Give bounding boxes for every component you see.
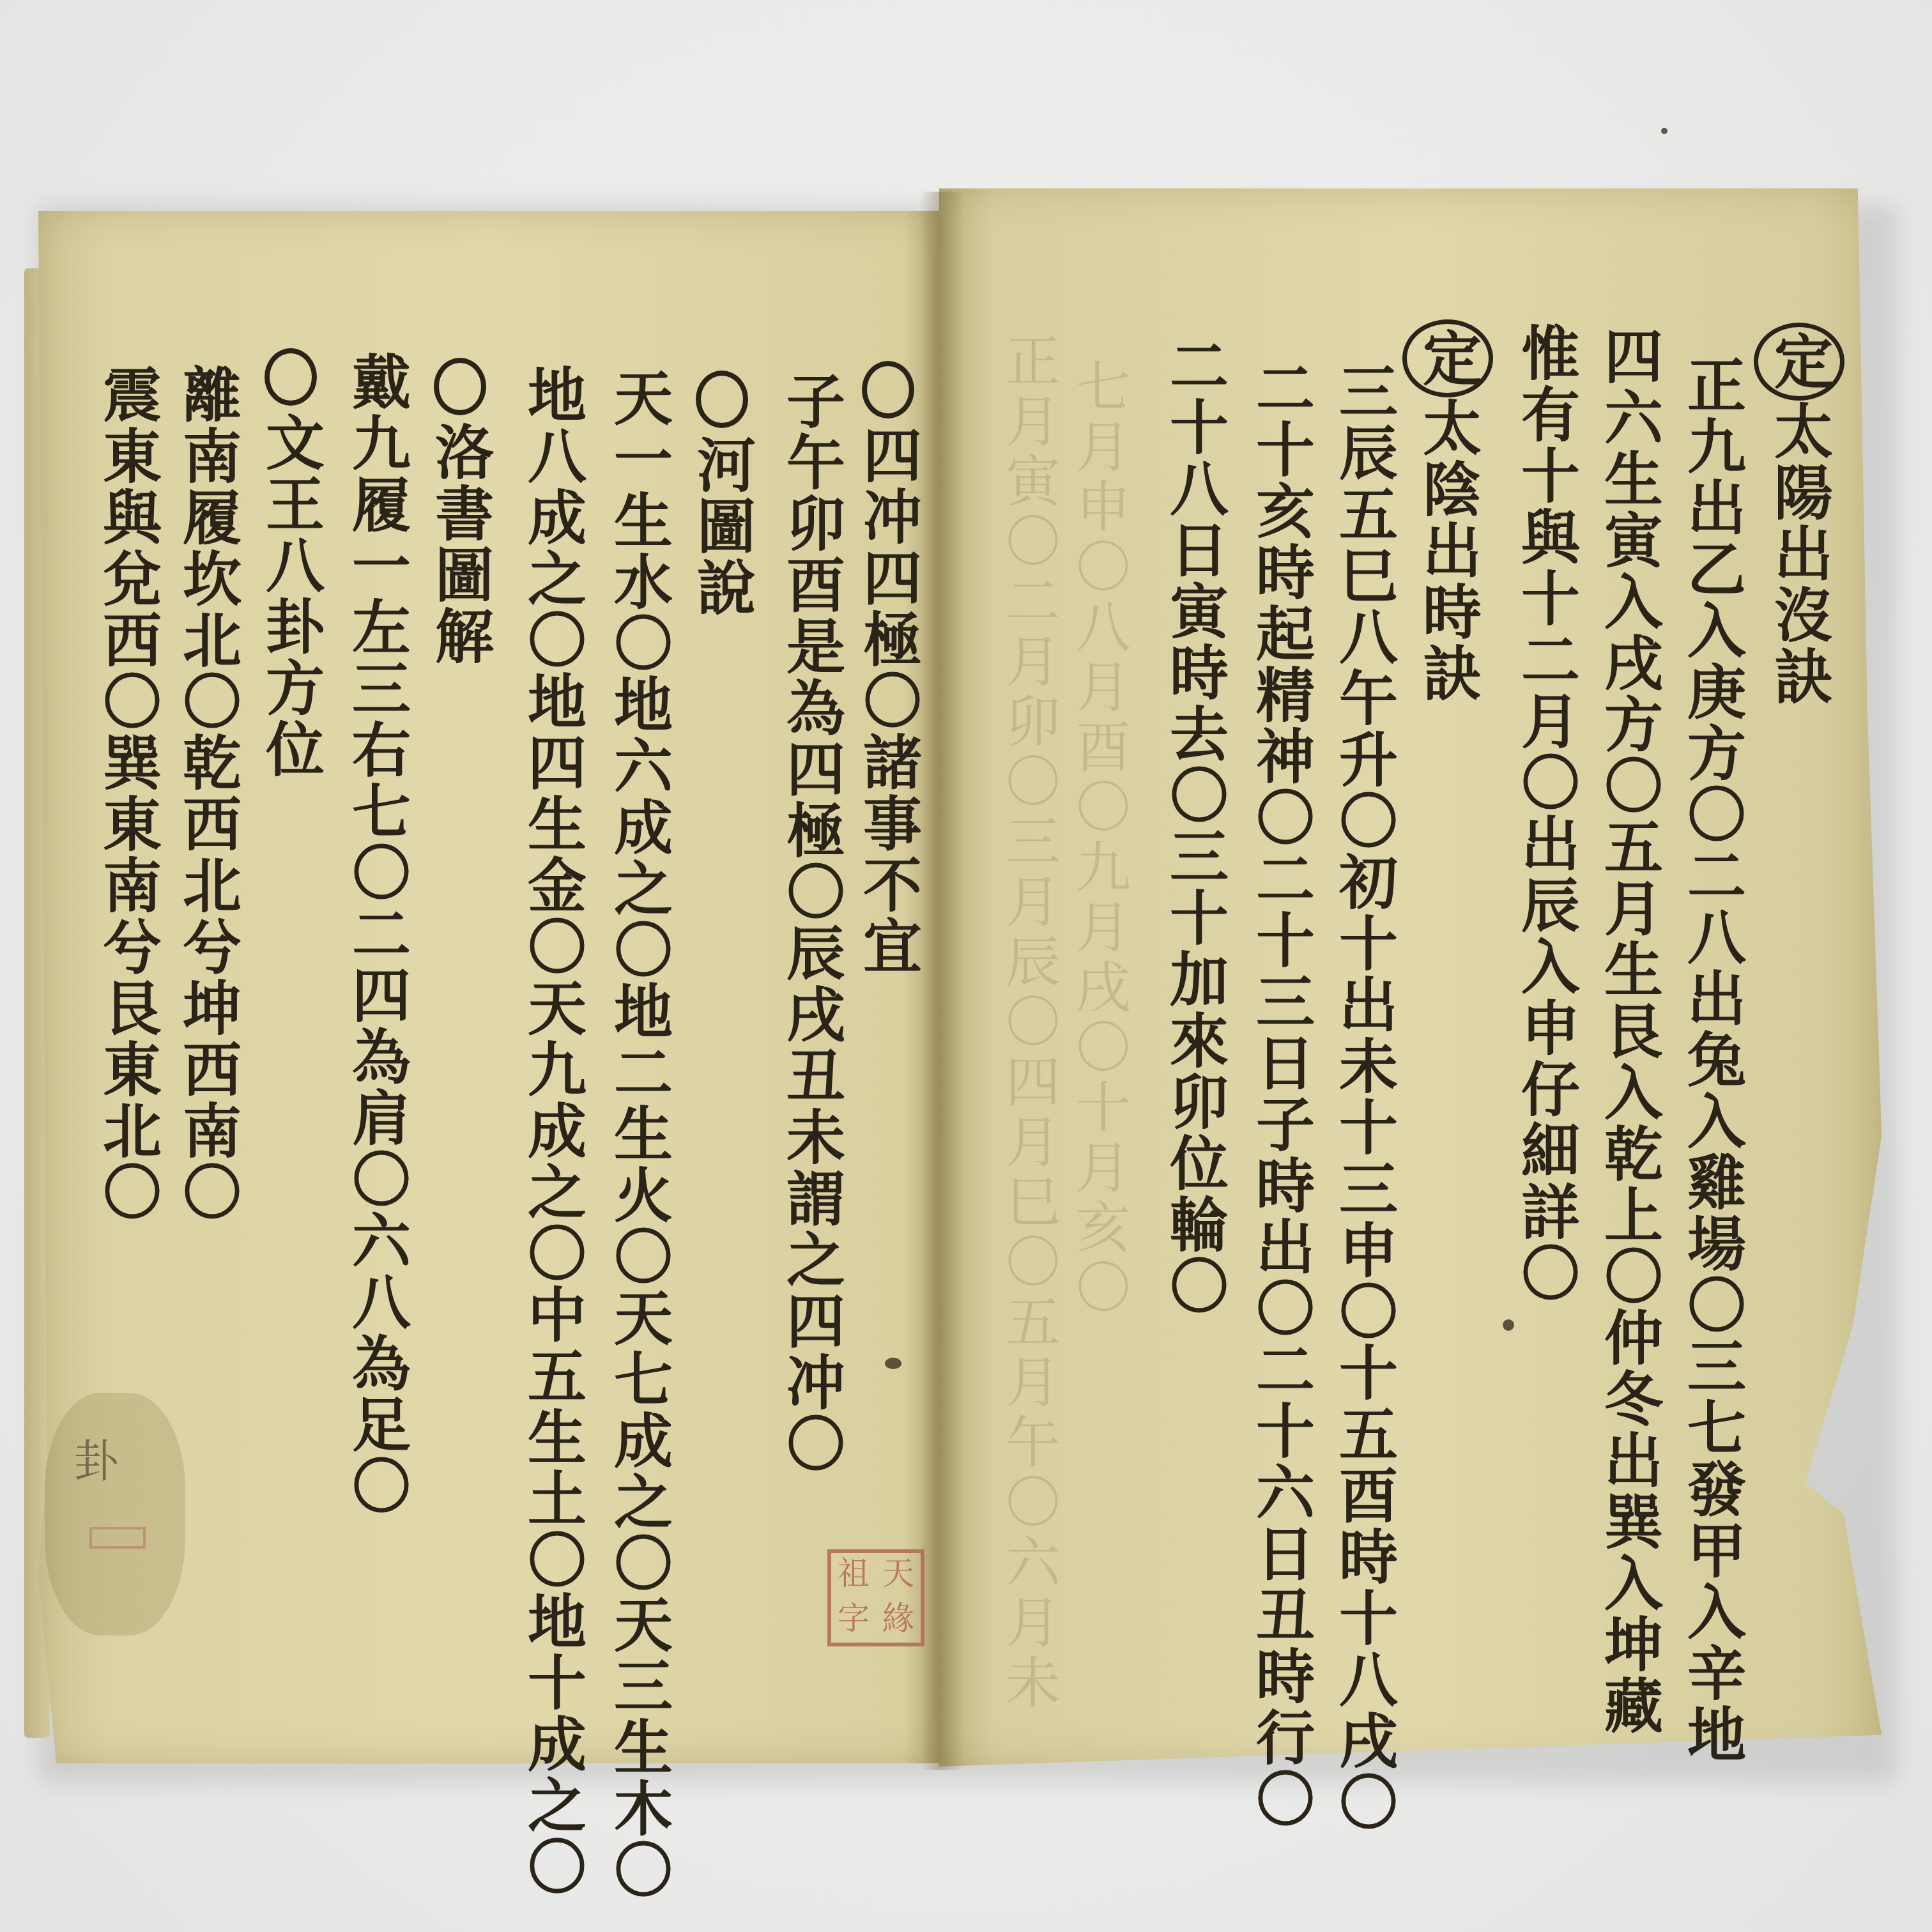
right-col-2: 正九出乙入庚方〇二八出兔入雞場〇三七發甲入辛地 xyxy=(1674,355,1751,1765)
ink-blot xyxy=(885,1358,901,1369)
ink-dot xyxy=(1661,128,1667,134)
paper-stain xyxy=(45,1393,185,1636)
left-col-8-heading: 文王八卦方位 xyxy=(252,348,329,780)
left-col-5: 地八成之〇地四生金〇天九成之〇中五生土〇地十成之〇 xyxy=(514,364,591,1897)
left-col-2: 子午卯酉是為四極〇辰戌丑未謂之四冲〇 xyxy=(773,371,850,1475)
open-circle-mark xyxy=(264,348,317,406)
right-col-5-heading: 定太陰出時訣 xyxy=(1402,319,1493,704)
page-edge-seal xyxy=(89,1527,146,1549)
circled-mark: 定 xyxy=(1754,323,1844,401)
left-col-4: 天一生水〇地六成之〇地二生火〇天七成之〇天三生木〇 xyxy=(601,367,677,1901)
left-col-6-heading: 洛書圖解 xyxy=(422,358,498,667)
open-circle-mark xyxy=(434,358,486,415)
left-col-7: 戴九履一左三右七〇二四為肩〇六八為足〇 xyxy=(339,351,415,1517)
right-col-7: 二十亥時起精神〇二十三日子時出〇二十六日丑時行〇 xyxy=(1243,358,1319,1830)
ink-dot xyxy=(1503,1319,1514,1331)
left-col-3-heading: 河圖說 xyxy=(684,371,760,618)
left-col-1-heading: 四冲四極〇諸事不宜 xyxy=(850,361,926,977)
right-col-3: 四六生寅入戌方〇五月生艮入乾上〇仲冬出巽入坤藏 xyxy=(1591,326,1667,1736)
right-col-6: 三辰五巳八午升〇初十出未十三申〇十五酉時十八戌〇 xyxy=(1326,361,1402,1833)
right-col-4: 惟有十與十二月〇出辰入申仔細詳〇 xyxy=(1508,323,1584,1304)
open-circle-mark xyxy=(862,361,914,418)
page-edge-mark: 卦 xyxy=(61,1437,125,1482)
circled-mark: 定 xyxy=(1402,319,1493,397)
red-seal-stamp: 天 祖 緣 字 xyxy=(827,1549,924,1646)
right-col-8: 二十八日寅時去〇三十加來卯位輪〇 xyxy=(1156,335,1233,1317)
open-circle-mark xyxy=(696,371,748,428)
bleed-through-text: 正月寅〇二月卯〇三月辰〇四月巳〇五月午〇六月未 xyxy=(990,332,1066,1713)
right-col-1-heading: 定太陽出沒訣 xyxy=(1754,323,1844,707)
bleed-through-text: 七月申〇八月酉〇九月戌〇十月亥〇 xyxy=(1061,358,1136,1319)
book-gutter xyxy=(920,192,965,1770)
left-col-10: 震東與兌西〇巽東南兮艮東北〇 xyxy=(89,364,166,1223)
left-col-9: 離南履坎北〇乾西北兮坤西南〇 xyxy=(169,364,246,1223)
